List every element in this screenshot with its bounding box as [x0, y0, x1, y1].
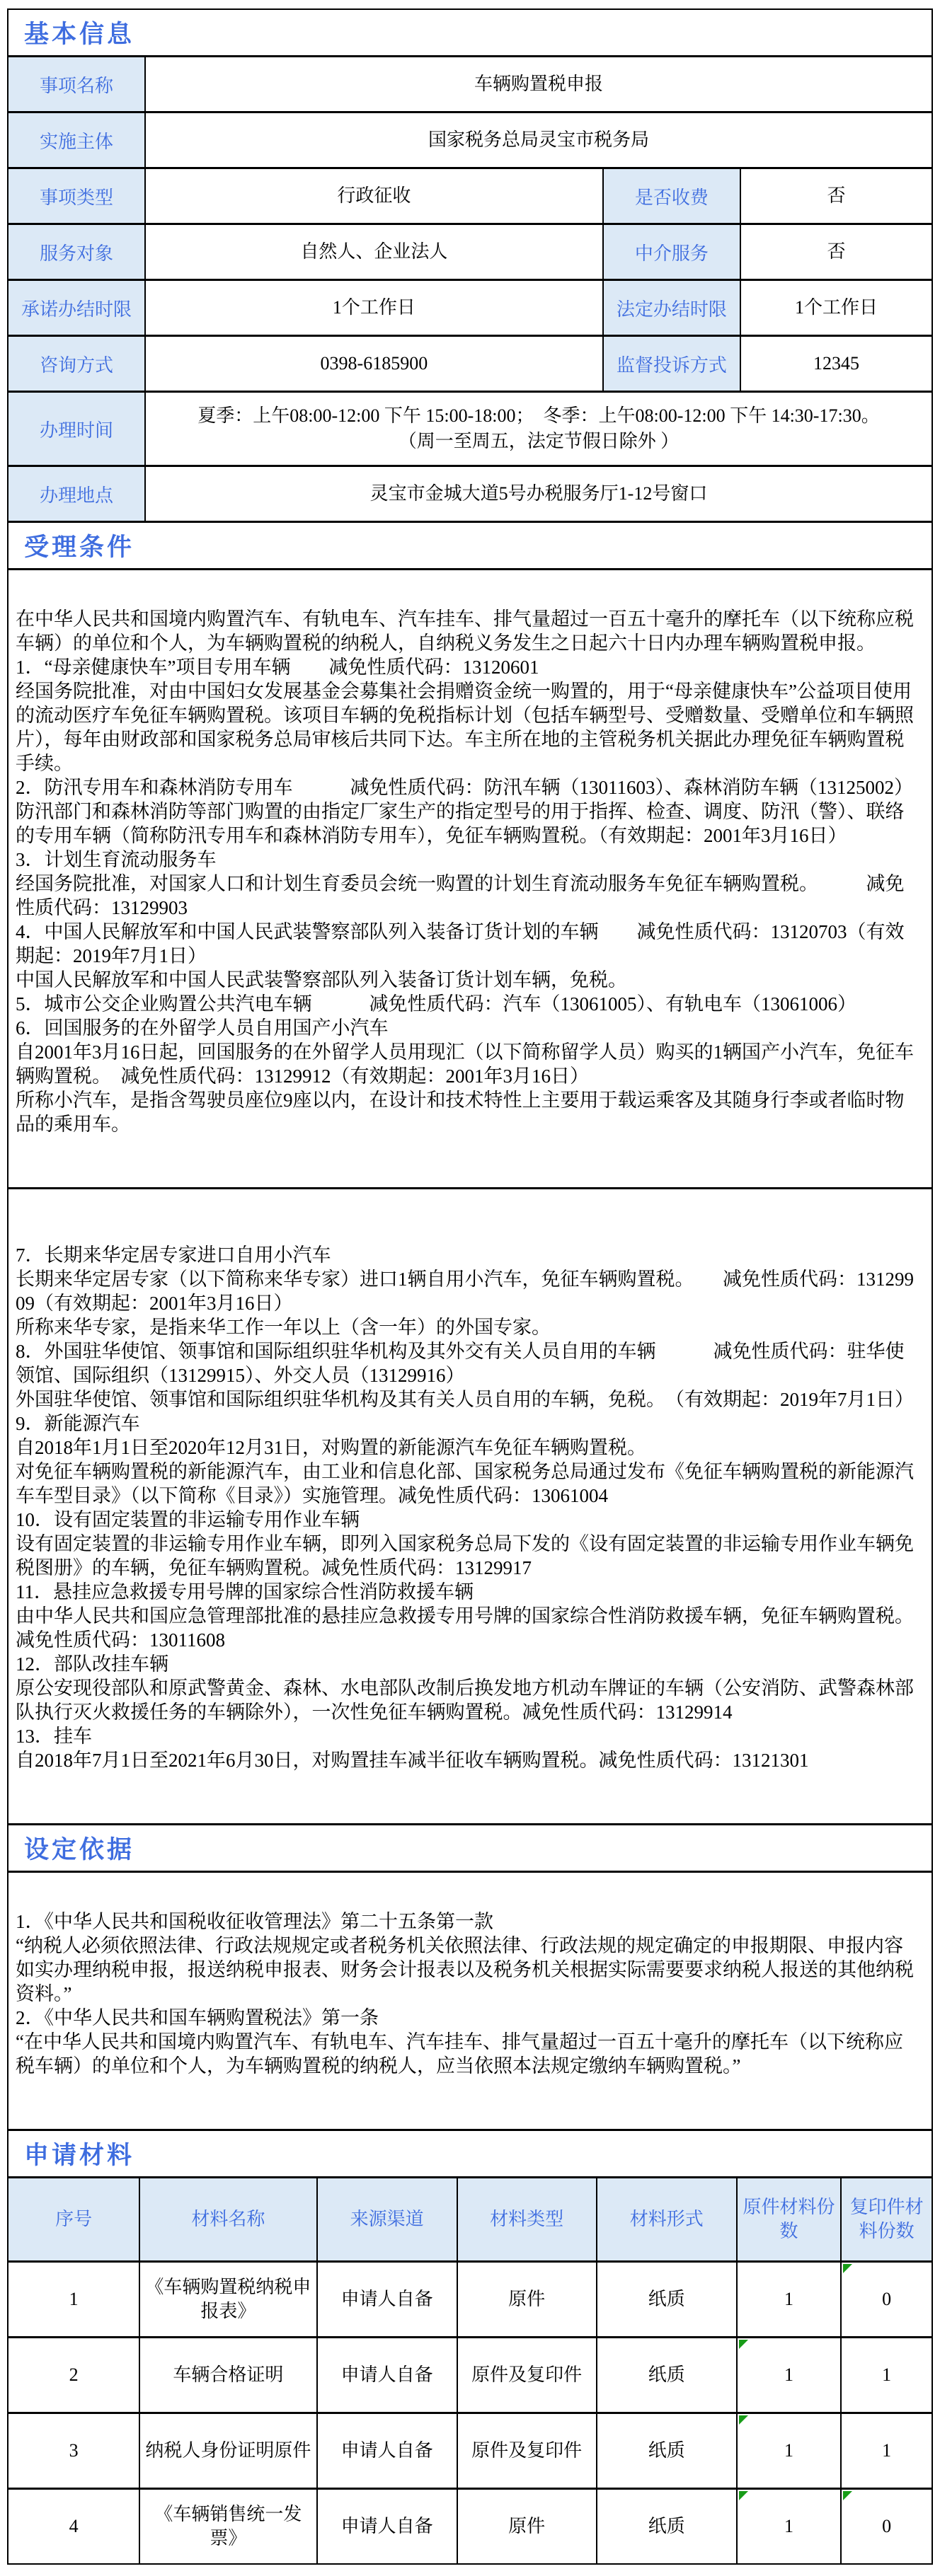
body-paragraph: 7．长期来华定居专家进口自用小汽车 [16, 1243, 920, 1267]
field-value: 否 [740, 224, 932, 280]
material-cell: 0 [841, 2489, 932, 2564]
acceptance-text-block-1: 在中华人民共和国境内购置汽车、有轨电车、汽车挂车、排气量超过一百五十毫升的摩托车… [8, 568, 932, 1187]
field-value: 行政征收 [145, 168, 603, 224]
page: 基本信息 事项名称车辆购置税申报实施主体国家税务总局灵宝市税务局事项类型行政征收… [0, 0, 940, 2576]
materials-row: 3纳税人身份证明原件申请人自备原件及复印件纸质11 [8, 2413, 932, 2489]
body-paragraph: 自2001年3月16日起，回国服务的在外留学人员用现汇（以下简称留学人员）购买的… [16, 1040, 920, 1088]
material-cell: 《车辆购置税纳税申报表》 [139, 2262, 316, 2338]
field-value: 12345 [740, 336, 932, 392]
basic-info-row: 办理地点灵宝市金城大道5号办税服务厅1-12号窗口 [8, 466, 932, 521]
field-label: 中介服务 [603, 224, 740, 280]
material-cell: 纳税人身份证明原件 [139, 2413, 316, 2489]
body-paragraph: 自2018年1月1日至2020年12月31日，对购置的新能源汽车免征车辆购置税。 [16, 1436, 920, 1460]
materials-column-header: 来源渠道 [317, 2178, 457, 2262]
basic-info-row: 承诺办结时限1个工作日法定办结时限1个工作日 [8, 280, 932, 336]
basic-info-table: 事项名称车辆购置税申报实施主体国家税务总局灵宝市税务局事项类型行政征收是否收费否… [8, 55, 932, 521]
body-paragraph: “在中华人民共和国境内购置汽车、有轨电车、汽车挂车、排气量超过一百五十毫升的摩托… [16, 2030, 920, 2078]
basic-info-row: 实施主体国家税务总局灵宝市税务局 [8, 112, 932, 168]
field-value: 0398-6185900 [145, 336, 603, 392]
field-value: 车辆购置税申报 [145, 57, 932, 112]
field-label: 事项名称 [8, 57, 145, 112]
material-cell: 原件 [457, 2262, 597, 2338]
material-cell: 原件及复印件 [457, 2413, 597, 2489]
material-cell: 纸质 [597, 2338, 737, 2413]
section-title-acceptance: 受理条件 [8, 521, 932, 568]
field-value: 灵宝市金城大道5号办税服务厅1-12号窗口 [145, 466, 932, 521]
basic-info-table-body: 事项名称车辆购置税申报实施主体国家税务总局灵宝市税务局事项类型行政征收是否收费否… [8, 57, 932, 521]
material-index: 4 [8, 2489, 139, 2564]
body-paragraph: 4．中国人民解放军和中国人民武装警察部队列入装备订货计划的车辆 减免性质代码：1… [16, 920, 920, 968]
body-paragraph: 6．回国服务的在外留学人员自用国产小汽车 [16, 1016, 920, 1040]
materials-table: 序号材料名称来源渠道材料类型材料形式原件材料份数复印件材料份数 1《车辆购置税纳… [8, 2176, 932, 2563]
body-paragraph: 经国务院批准，对国家人口和计划生育委员会统一购置的计划生育流动服务车免征车辆购置… [16, 872, 920, 920]
material-cell: 原件 [457, 2489, 597, 2564]
field-label: 服务对象 [8, 224, 145, 280]
body-paragraph: 2．防汛专用车和森林消防专用车 减免性质代码：防汛车辆（13011603）、森林… [16, 775, 920, 799]
material-cell: 纸质 [597, 2489, 737, 2564]
material-cell: 《车辆销售统一发票》 [139, 2489, 316, 2564]
field-value: 夏季：上午08:00-12:00 下午 15:00-18:00； 冬季：上午08… [145, 392, 932, 466]
material-cell: 1 [841, 2338, 932, 2413]
body-paragraph: 对免征车辆购置税的新能源汽车，由工业和信息化部、国家税务总局通过发布《免征车辆购… [16, 1460, 920, 1508]
body-paragraph: 8．外国驻华使馆、领事馆和国际组织驻华机构及其外交有关人员自用的车辆 减免性质代… [16, 1339, 920, 1387]
body-paragraph: 设有固定装置的非运输专用作业车辆，即列入国家税务总局下发的《设有固定装置的非运输… [16, 1532, 920, 1580]
material-cell: 1 [737, 2413, 841, 2489]
document-grid: 基本信息 事项名称车辆购置税申报实施主体国家税务总局灵宝市税务局事项类型行政征收… [7, 8, 933, 2565]
basis-text-block: 1．《中华人民共和国税收征收管理法》第二十五条第一款“纳税人必须依照法律、行政法… [8, 1871, 932, 2129]
body-paragraph: “纳税人必须依照法律、行政法规规定或者税务机关依照法律、行政法规的规定确定的申报… [16, 1934, 920, 2006]
body-paragraph: 9．新能源汽车 [16, 1411, 920, 1436]
section-title-materials: 申请材料 [8, 2129, 932, 2176]
field-label: 咨询方式 [8, 336, 145, 392]
materials-row: 2车辆合格证明申请人自备原件及复印件纸质11 [8, 2338, 932, 2413]
materials-column-header: 复印件材料份数 [841, 2178, 932, 2262]
body-paragraph: 经国务院批准，对由中国妇女发展基金会募集社会捐赠资金统一购置的，用于“母亲健康快… [16, 679, 920, 775]
basic-info-row: 事项名称车辆购置税申报 [8, 57, 932, 112]
body-paragraph: 防汛部门和森林消防等部门购置的由指定厂家生产的指定型号的用于指挥、检查、调度、防… [16, 799, 920, 848]
section-title-basic-info: 基本信息 [8, 10, 932, 55]
materials-column-header: 材料名称 [139, 2178, 316, 2262]
materials-table-body: 1《车辆购置税纳税申报表》申请人自备原件纸质102车辆合格证明申请人自备原件及复… [8, 2262, 932, 2564]
field-value: 1个工作日 [145, 280, 603, 336]
body-paragraph: 所称来华专家，是指来华工作一年以上（含一年）的外国专家。 [16, 1315, 920, 1339]
materials-column-header: 原件材料份数 [737, 2178, 841, 2262]
basic-info-row: 服务对象自然人、企业法人中介服务否 [8, 224, 932, 280]
field-label: 事项类型 [8, 168, 145, 224]
body-paragraph: 1．《中华人民共和国税收征收管理法》第二十五条第一款 [16, 1910, 920, 1934]
material-cell: 车辆合格证明 [139, 2338, 316, 2413]
body-paragraph: 2．《中华人民共和国车辆购置税法》第一条 [16, 2006, 920, 2030]
field-value: 国家税务总局灵宝市税务局 [145, 112, 932, 168]
body-paragraph: 自2018年7月1日至2021年6月30日，对购置挂车减半征收车辆购置税。减免性… [16, 1748, 920, 1772]
field-value: 1个工作日 [740, 280, 932, 336]
material-cell: 原件及复印件 [457, 2338, 597, 2413]
materials-column-header: 材料形式 [597, 2178, 737, 2262]
material-cell: 0 [841, 2262, 932, 2338]
basic-info-row: 事项类型行政征收是否收费否 [8, 168, 932, 224]
body-paragraph: 11．悬挂应急救援专用号牌的国家综合性消防救援车辆 [16, 1580, 920, 1604]
material-cell: 1 [737, 2338, 841, 2413]
field-label: 是否收费 [603, 168, 740, 224]
material-cell: 1 [737, 2262, 841, 2338]
body-paragraph: 12．部队改挂车辆 [16, 1652, 920, 1676]
material-cell: 纸质 [597, 2413, 737, 2489]
acceptance-text-block-2: 7．长期来华定居专家进口自用小汽车长期来华定居专家（以下简称来华专家）进口1辆自… [8, 1187, 932, 1823]
basic-info-row: 办理时间夏季：上午08:00-12:00 下午 15:00-18:00； 冬季：… [8, 392, 932, 466]
materials-row: 1《车辆购置税纳税申报表》申请人自备原件纸质10 [8, 2262, 932, 2338]
material-index: 3 [8, 2413, 139, 2489]
body-paragraph: 中国人民解放军和中国人民武装警察部队列入装备订货计划车辆，免税。 [16, 968, 920, 992]
body-paragraph: 由中华人民共和国应急管理部批准的悬挂应急救援专用号牌的国家综合性消防救援车辆，免… [16, 1604, 920, 1652]
field-label: 承诺办结时限 [8, 280, 145, 336]
materials-column-header: 序号 [8, 2178, 139, 2262]
material-cell: 申请人自备 [317, 2489, 457, 2564]
basic-info-row: 咨询方式0398-6185900监督投诉方式12345 [8, 336, 932, 392]
body-paragraph: 长期来华定居专家（以下简称来华专家）进口1辆自用小汽车，免征车辆购置税。 减免性… [16, 1267, 920, 1315]
body-paragraph: 3．计划生育流动服务车 [16, 848, 920, 872]
materials-row: 4《车辆销售统一发票》申请人自备原件纸质10 [8, 2489, 932, 2564]
material-index: 2 [8, 2338, 139, 2413]
body-paragraph: 在中华人民共和国境内购置汽车、有轨电车、汽车挂车、排气量超过一百五十毫升的摩托车… [16, 607, 920, 655]
material-cell: 纸质 [597, 2262, 737, 2338]
material-cell: 申请人自备 [317, 2262, 457, 2338]
material-cell: 申请人自备 [317, 2413, 457, 2489]
body-paragraph: 1．“母亲健康快车”项目专用车辆 减免性质代码：13120601 [16, 655, 920, 679]
body-paragraph: 5．城市公交企业购置公共汽电车辆 减免性质代码：汽车（13061005）、有轨电… [16, 992, 920, 1016]
body-paragraph: 10．设有固定装置的非运输专用作业车辆 [16, 1508, 920, 1532]
body-paragraph: 外国驻华使馆、领事馆和国际组织驻华机构及其有关人员自用的车辆，免税。 （有效期起… [16, 1387, 920, 1411]
material-index: 1 [8, 2262, 139, 2338]
body-paragraph: 所称小汽车，是指含驾驶员座位9座以内，在设计和技术特性上主要用于载运乘客及其随身… [16, 1088, 920, 1136]
body-paragraph: 13．挂车 [16, 1724, 920, 1748]
materials-column-header: 材料类型 [457, 2178, 597, 2262]
field-label: 法定办结时限 [603, 280, 740, 336]
field-label: 办理时间 [8, 392, 145, 466]
material-cell: 1 [737, 2489, 841, 2564]
field-label: 实施主体 [8, 112, 145, 168]
material-cell: 申请人自备 [317, 2338, 457, 2413]
field-value: 自然人、企业法人 [145, 224, 603, 280]
body-paragraph: 原公安现役部队和原武警黄金、森林、水电部队改制后换发地方机动车牌证的车辆（公安消… [16, 1676, 920, 1724]
material-cell: 1 [841, 2413, 932, 2489]
field-label: 办理地点 [8, 466, 145, 521]
materials-header-row: 序号材料名称来源渠道材料类型材料形式原件材料份数复印件材料份数 [8, 2178, 932, 2262]
field-label: 监督投诉方式 [603, 336, 740, 392]
section-title-basis: 设定依据 [8, 1823, 932, 1871]
field-value: 否 [740, 168, 932, 224]
